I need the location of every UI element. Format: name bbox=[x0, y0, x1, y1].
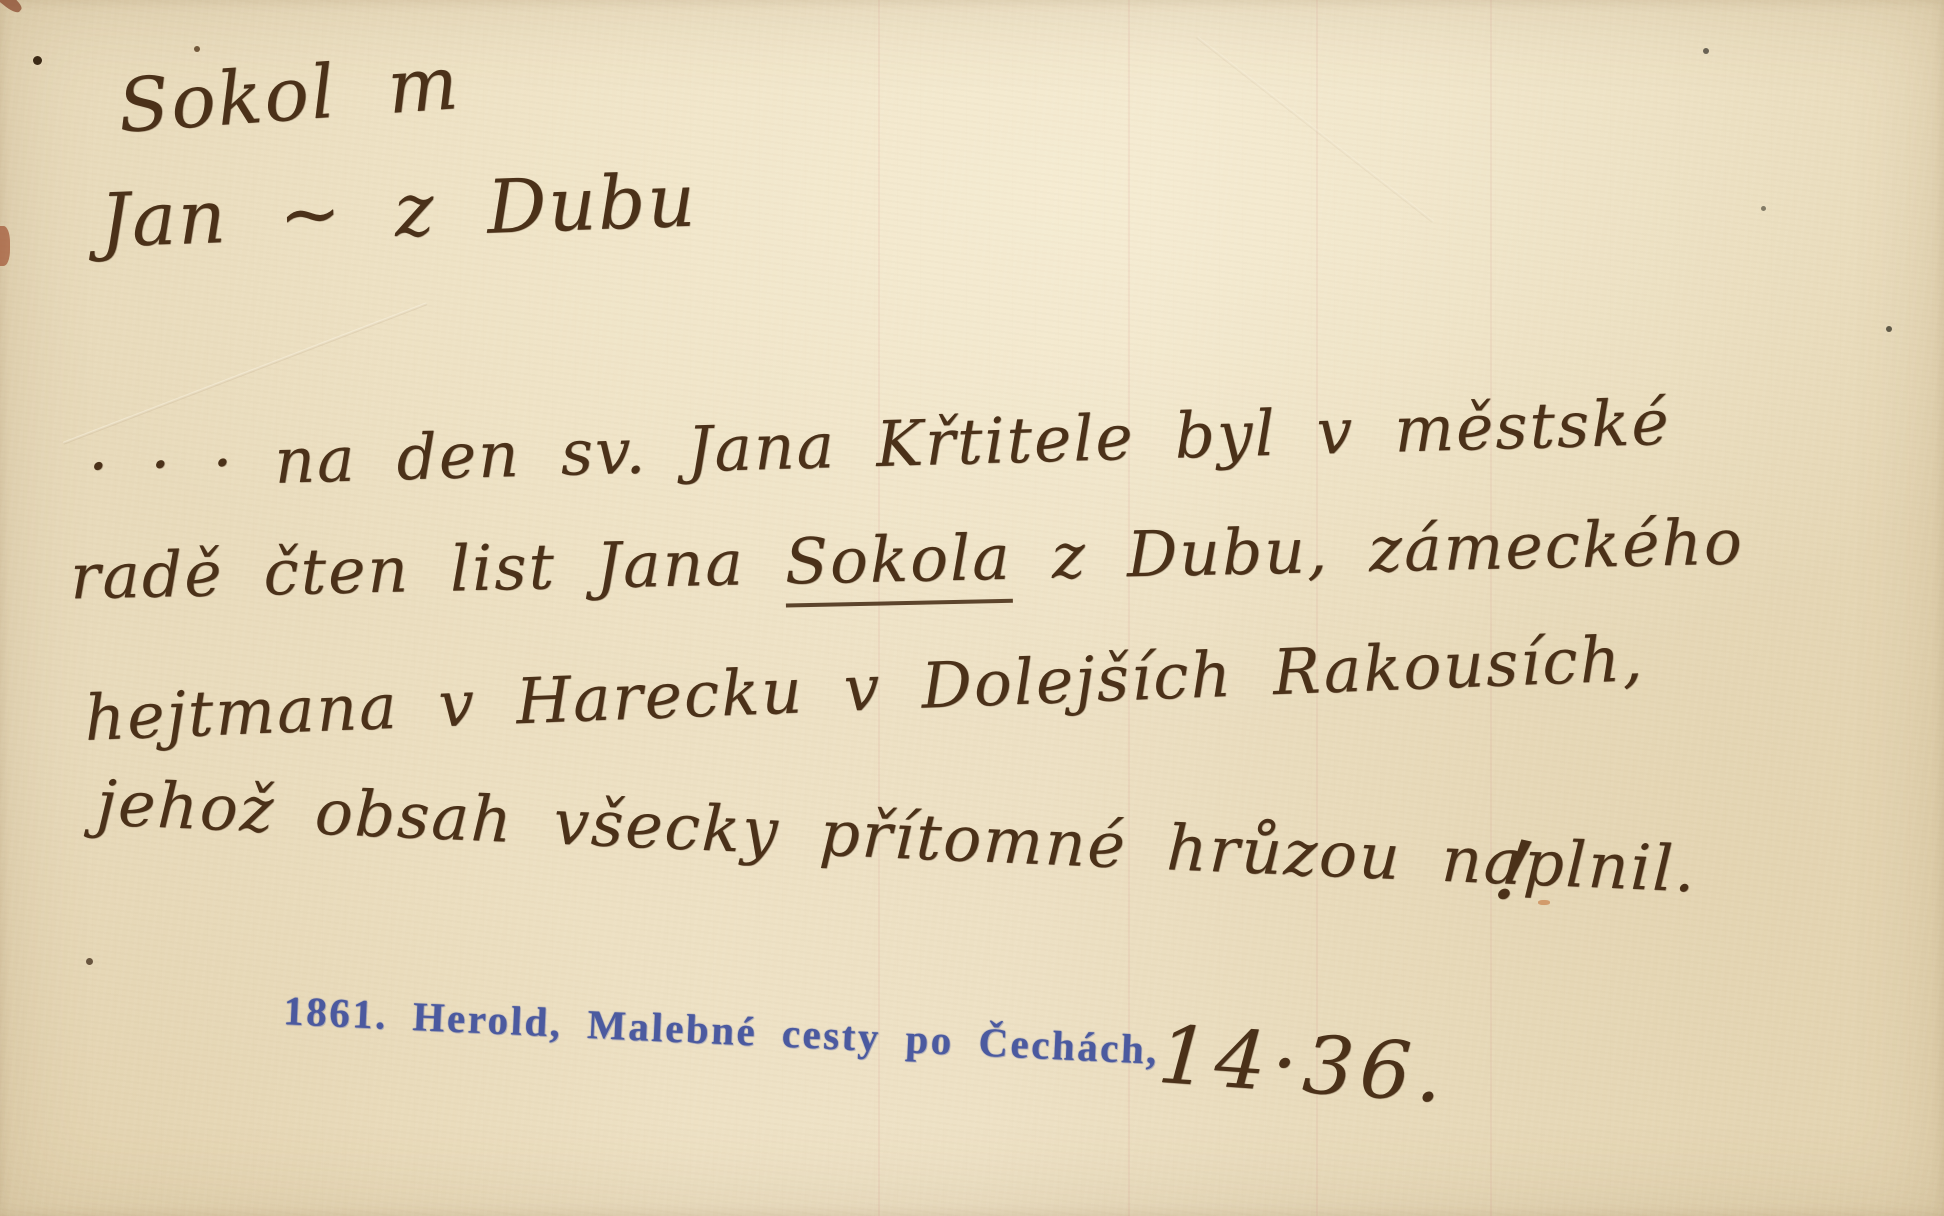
catalog-number: 14·36. bbox=[1155, 1008, 1451, 1121]
ink-speck bbox=[1886, 326, 1892, 332]
note-text: radě čten list Jana bbox=[69, 526, 785, 614]
ink-speck bbox=[1703, 48, 1709, 54]
scan-line bbox=[1490, 0, 1492, 1216]
ink-speck bbox=[33, 56, 42, 65]
paper-crease bbox=[1196, 36, 1434, 223]
note-line: radě čten list Jana Sokola z Dubu, zámec… bbox=[69, 505, 1744, 613]
note-line: jehož obsah všecky přítomné hrůzou napln… bbox=[95, 766, 1698, 906]
note-text: jehož obsah všecky přítomné hrůzou napln… bbox=[95, 766, 1698, 906]
note-line: hejtmana v Harecku v Dolejších Rakousích… bbox=[83, 622, 1645, 755]
library-stamp: 1861. Herold, Malebné cesty po Čechách, bbox=[282, 986, 1160, 1074]
heading-line-2: Jan ~ z Dubu bbox=[99, 158, 699, 265]
underlined-name: Sokola bbox=[784, 521, 1013, 608]
ink-speck bbox=[1538, 900, 1550, 905]
ink-speck bbox=[194, 46, 200, 52]
note-text: hejtmana v Harecku v Dolejších Rakousích… bbox=[83, 622, 1645, 755]
ink-speck bbox=[86, 958, 93, 965]
ink-speck bbox=[1761, 206, 1766, 211]
note-text: z Dubu, zámeckého bbox=[1011, 505, 1745, 593]
scanned-card: Sokol m Jan ~ z Dubu · · · na den sv. Ja… bbox=[0, 0, 1944, 1216]
heading-line-1: Sokol m bbox=[115, 40, 462, 150]
edge-stain bbox=[0, 0, 24, 15]
edge-stain bbox=[0, 226, 10, 266]
